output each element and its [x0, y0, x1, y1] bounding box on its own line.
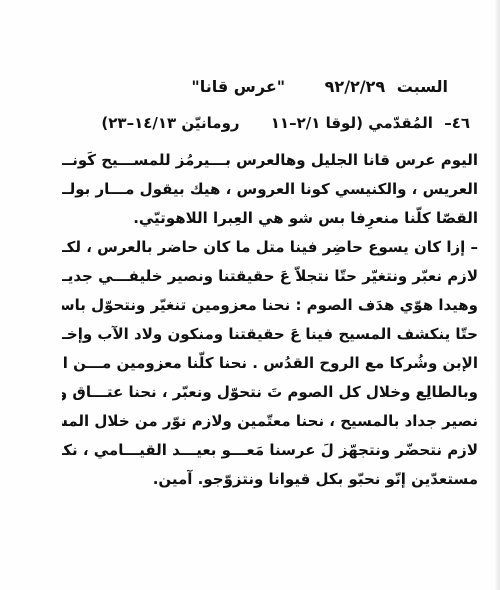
text-line: نصير جداد بالمسيح ، نحنا معتّمين ولازم ن… — [62, 407, 478, 436]
section-heading: ٤٦– المُقدّمي (لوقا ٢/١–١١ رومانيّن ١٤/١… — [62, 112, 470, 134]
body-text: اليوم عرس قانا الجليل وهالعرس بـــيرمُز … — [62, 146, 478, 494]
header-date: ٩٢/٢/٢٩ — [325, 77, 386, 96]
text-line: وهيدا هوّي هدَف الصوم : نحنا معزومين تنغ… — [62, 291, 478, 320]
section-reference-romans: رومانيّن ١٤/١٣–٢٣) — [101, 114, 239, 132]
section-name: المُقدّمي — [368, 114, 433, 132]
text-line: القصّا كلّنا منعرِفا بس شو هي العِبرا ال… — [62, 204, 478, 233]
text-line: وبالطالِع وخلال كل الصوم تَ نتحوّل ونعبّ… — [62, 378, 478, 407]
text-line: لازم نعبّر ونتغيّر حتّا نتجلاّ عَ حقيقتن… — [62, 262, 478, 291]
document-header: السبت ٩٢/٢/٢٩ "عرس قانا" — [62, 76, 448, 98]
text-line: حتّا ينكشف المسيح فينا عَ حقيقتنا ومنكون… — [62, 320, 478, 349]
section-reference-luke: (لوقا ٢/١–١١ — [271, 114, 363, 132]
header-day: السبت — [397, 77, 448, 96]
text-line: العريس ، والكنيسي كونا العروس ، هيك بيقو… — [62, 175, 478, 204]
text-line: مستعدّين إنّو نحبّو بكل قيوانا ونتزوّجو.… — [62, 465, 478, 494]
document-content: السبت ٩٢/٢/٢٩ "عرس قانا" ٤٦– المُقدّمي (… — [62, 76, 478, 494]
section-number: ٤٦– — [444, 114, 470, 132]
page-edge-shadow — [494, 0, 500, 590]
text-line: – إزا كان يسوع حاضِر فينا متل ما كان حاض… — [62, 233, 478, 262]
text-line: لازم نتحضّر ونتجهّز لَ عرسنا مَعـــو بعي… — [62, 436, 478, 465]
text-line: اليوم عرس قانا الجليل وهالعرس بـــيرمُز … — [62, 146, 478, 175]
text-line: الإبن وشُركا مع الروح القدُس . نحنا كلّن… — [62, 349, 478, 378]
header-title: "عرس قانا" — [191, 77, 285, 96]
scanned-page: السبت ٩٢/٢/٢٩ "عرس قانا" ٤٦– المُقدّمي (… — [0, 0, 500, 590]
